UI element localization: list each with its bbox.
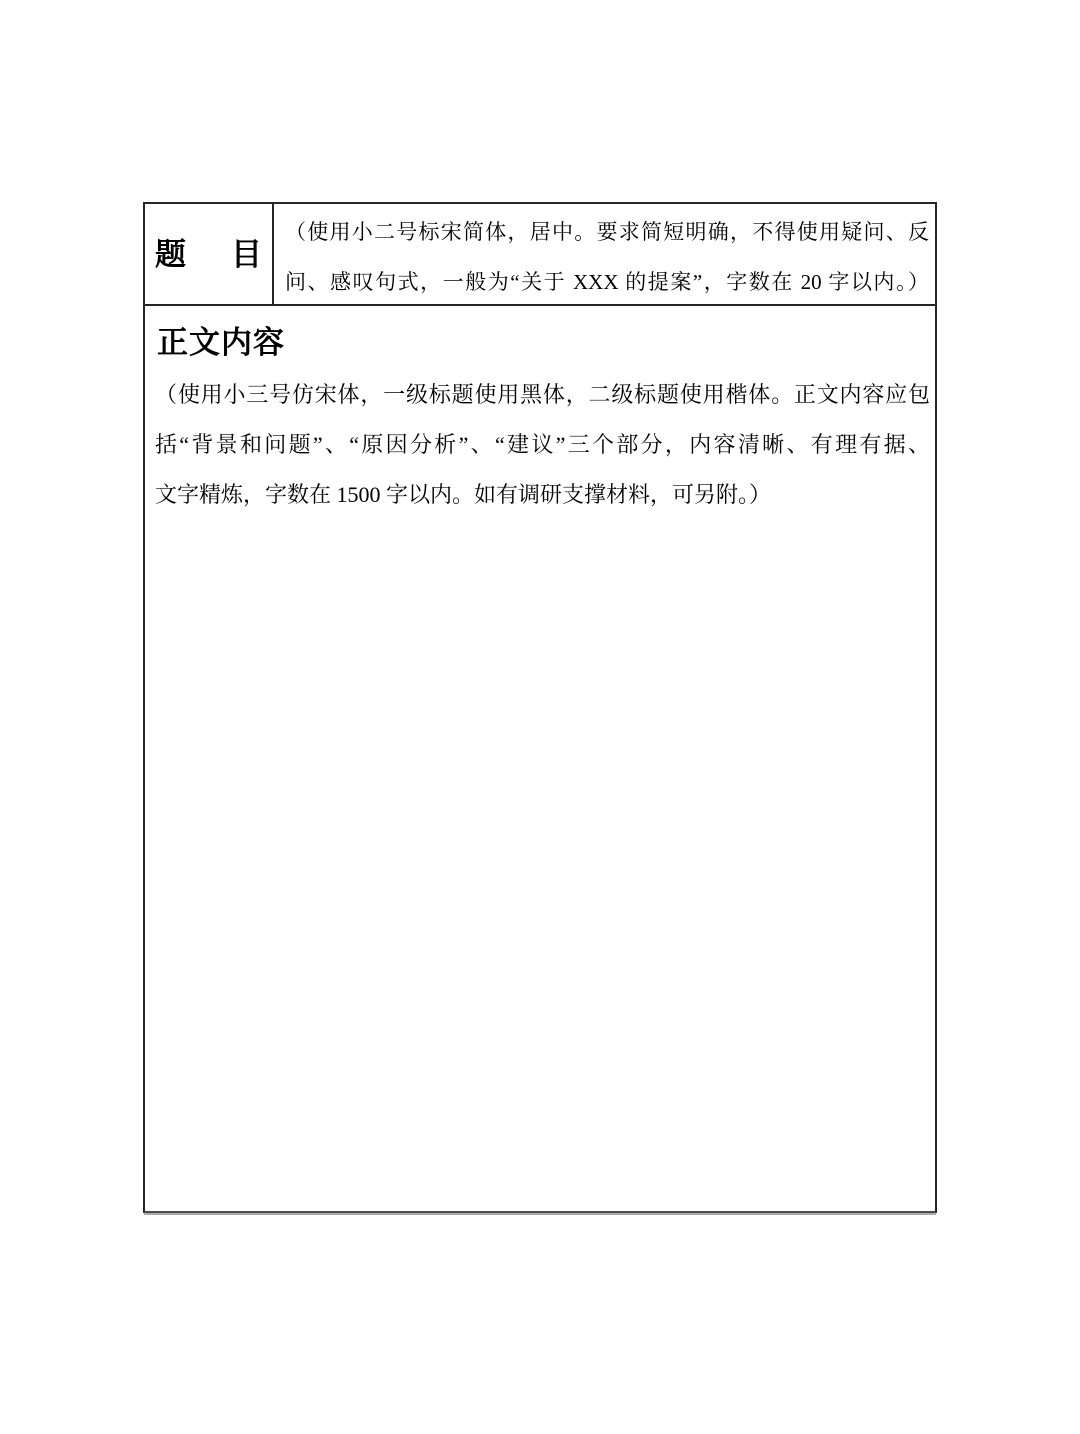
document-page: 题 目 （使用小二号标宋简体，居中。要求简短明确，不得使用疑问、反 问、感叹句式… [0,0,1080,1434]
title-label-char-2: 目 [231,239,262,270]
title-instruction-line-1: （使用小二号标宋简体，居中。要求简短明确，不得使用疑问、反 [285,207,929,257]
body-instructions-paragraph: （使用小三号仿宋体，一级标题使用黑体，二级标题使用楷体。正文内容应包 括“背景和… [155,370,930,520]
body-instruction-line-2: 括“背景和问题”、“原因分析”、“建议”三个部分，内容清晰、有理有据、 [155,420,930,470]
title-row: 题 目 （使用小二号标宋简体，居中。要求简短明确，不得使用疑问、反 问、感叹句式… [145,204,935,306]
body-instruction-line-1: （使用小三号仿宋体，一级标题使用黑体，二级标题使用楷体。正文内容应包 [155,370,930,420]
title-instruction-line-2: 问、感叹句式，一般为“关于 XXX 的提案”，字数在 20 字以内。） [285,257,929,304]
proposal-form-table: 题 目 （使用小二号标宋简体，居中。要求简短明确，不得使用疑问、反 问、感叹句式… [143,202,937,1213]
body-content-cell: 正文内容 （使用小三号仿宋体，一级标题使用黑体，二级标题使用楷体。正文内容应包 … [145,306,935,1211]
title-instructions-cell: （使用小二号标宋简体，居中。要求简短明确，不得使用疑问、反 问、感叹句式，一般为… [274,204,935,304]
title-header-cell: 题 目 [145,204,274,304]
title-label-char-1: 题 [155,239,186,270]
body-instruction-line-3: 文字精炼，字数在 1500 字以内。如有调研支撑材料，可另附。） [155,470,930,520]
body-content-heading: 正文内容 [157,322,930,364]
